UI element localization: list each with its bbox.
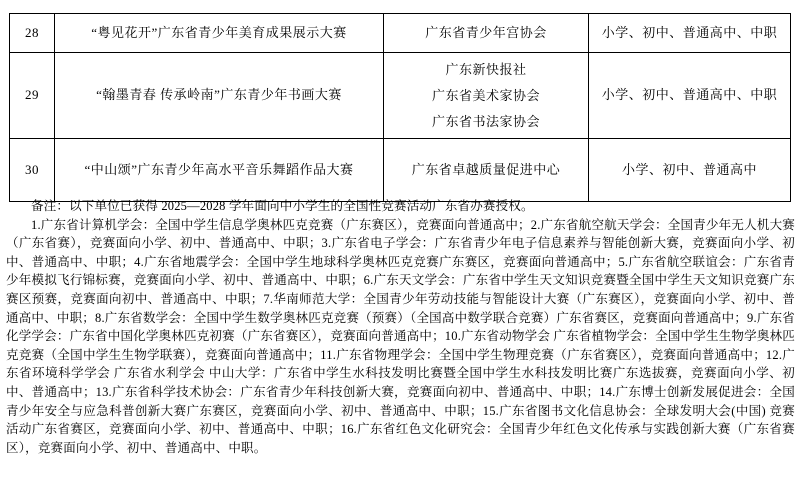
remarks-header: 备注：以下单位已获得 2025—2028 学年面向中小学生的全国性竞赛活动广东省… bbox=[6, 197, 795, 216]
competitions-table: 28 “粤见花开”广东省青少年美育成果展示大赛 广东省青少年宫协会 小学、初中、… bbox=[9, 13, 791, 202]
organizer: 广东省书法家协会 bbox=[388, 109, 584, 135]
audience: 小学、初中、普通高中、中职 bbox=[589, 53, 791, 139]
row-number: 30 bbox=[10, 139, 55, 202]
document-page: 28 “粤见花开”广东省青少年美育成果展示大赛 广东省青少年宫协会 小学、初中、… bbox=[0, 0, 800, 479]
organizer-cell: 广东新快报社 广东省美术家协会 广东省书法家协会 bbox=[384, 53, 589, 139]
competition-name: “中山颂”广东青少年高水平音乐舞蹈作品大赛 bbox=[55, 139, 384, 202]
organizer: 广东省卓越质量促进中心 bbox=[388, 157, 584, 183]
table-row: 30 “中山颂”广东青少年高水平音乐舞蹈作品大赛 广东省卓越质量促进中心 小学、… bbox=[10, 139, 791, 202]
audience: 小学、初中、普通高中、中职 bbox=[589, 14, 791, 53]
organizer: 广东省青少年宫协会 bbox=[388, 20, 584, 46]
row-number: 29 bbox=[10, 53, 55, 139]
organizer: 广东新快报社 bbox=[388, 57, 584, 83]
table-row: 29 “翰墨青春 传承岭南”广东青少年书画大赛 广东新快报社 广东省美术家协会 … bbox=[10, 53, 791, 139]
competition-name: “翰墨青春 传承岭南”广东青少年书画大赛 bbox=[55, 53, 384, 139]
audience: 小学、初中、普通高中 bbox=[589, 139, 791, 202]
remarks-body: 1.广东省计算机学会：全国中学生信息学奥林匹克竞赛（广东赛区），竞赛面向普通高中… bbox=[6, 216, 795, 458]
remarks-section: 备注：以下单位已获得 2025—2028 学年面向中小学生的全国性竞赛活动广东省… bbox=[6, 197, 795, 457]
competition-name: “粤见花开”广东省青少年美育成果展示大赛 bbox=[55, 14, 384, 53]
organizer-cell: 广东省青少年宫协会 bbox=[384, 14, 589, 53]
table-row: 28 “粤见花开”广东省青少年美育成果展示大赛 广东省青少年宫协会 小学、初中、… bbox=[10, 14, 791, 53]
row-number: 28 bbox=[10, 14, 55, 53]
organizer-cell: 广东省卓越质量促进中心 bbox=[384, 139, 589, 202]
organizer: 广东省美术家协会 bbox=[388, 83, 584, 109]
